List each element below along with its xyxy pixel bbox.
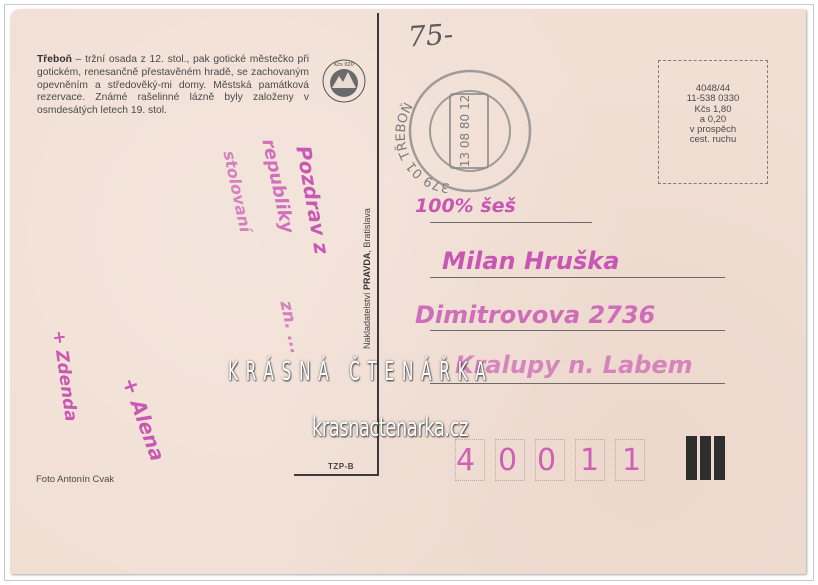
horizontal-divider (294, 474, 379, 476)
postcard-code: TZP-B (328, 462, 354, 471)
address-handwriting-2: Milan Hruška (442, 247, 619, 275)
address-line-1 (430, 222, 592, 223)
postmark-date: 13 08 80 12 (458, 95, 472, 168)
postcard-back: Třeboň – tržní osada z 12. stol., pak go… (10, 9, 806, 574)
zip-digit-3: 0 (537, 443, 556, 478)
zip-digit-1: 4 (456, 443, 475, 478)
address-handwriting-1: 100% šeš (415, 195, 516, 217)
stamp-area: 4048/44 11-538 0330 Kčs 1,80 a 0,20 v pr… (658, 60, 768, 184)
address-line-2 (430, 277, 725, 278)
postcard-description: Třeboň – tržní osada z 12. stol., pak go… (37, 54, 309, 118)
handwritten-price: 75- (407, 17, 454, 53)
watermark-title: KRÁSNÁ ČTENÁŘKA (228, 357, 493, 387)
description-title: Třeboň (37, 54, 72, 65)
description-text: – tržní osada z 12. stol., pak gotické m… (37, 54, 309, 116)
photo-credit: Foto Antonín Cvak (36, 474, 114, 485)
zip-digit-5: 1 (622, 443, 641, 478)
address-handwriting-3: Dimitrovova 2736 (415, 301, 655, 329)
message-line-1: Pozdrav z (291, 144, 334, 256)
watermark-url[interactable]: krasnactenarka.cz (312, 413, 468, 443)
message-line-3: stolovaní (219, 149, 255, 234)
zip-digit-4: 1 (580, 443, 599, 478)
postmark-stamp: 379 01 TŘEBOŇ 13 08 80 12 (390, 64, 550, 199)
message-line-5: zn. ... (275, 299, 306, 356)
svg-text:379 01 TŘEBOŇ: 379 01 TŘEBOŇ (393, 100, 450, 195)
tourism-logo-icon: Kčs 020 (321, 58, 367, 104)
address-line-3 (430, 330, 725, 331)
postal-code-bars (686, 436, 726, 480)
publisher-imprint: Nakladatelství PRAVDA, Bratislava (362, 208, 372, 349)
message-line-6: + Alena (117, 374, 169, 464)
zip-digit-2: 0 (498, 443, 517, 478)
stamp-imprint: 4048/44 11-538 0330 Kčs 1,80 a 0,20 v pr… (659, 84, 767, 146)
message-line-7: + Zdenda (48, 329, 81, 423)
logo-price: Kčs 020 (334, 61, 354, 68)
postmark-ring-text: 379 01 TŘEBOŇ (393, 100, 450, 195)
vertical-divider (377, 13, 379, 475)
